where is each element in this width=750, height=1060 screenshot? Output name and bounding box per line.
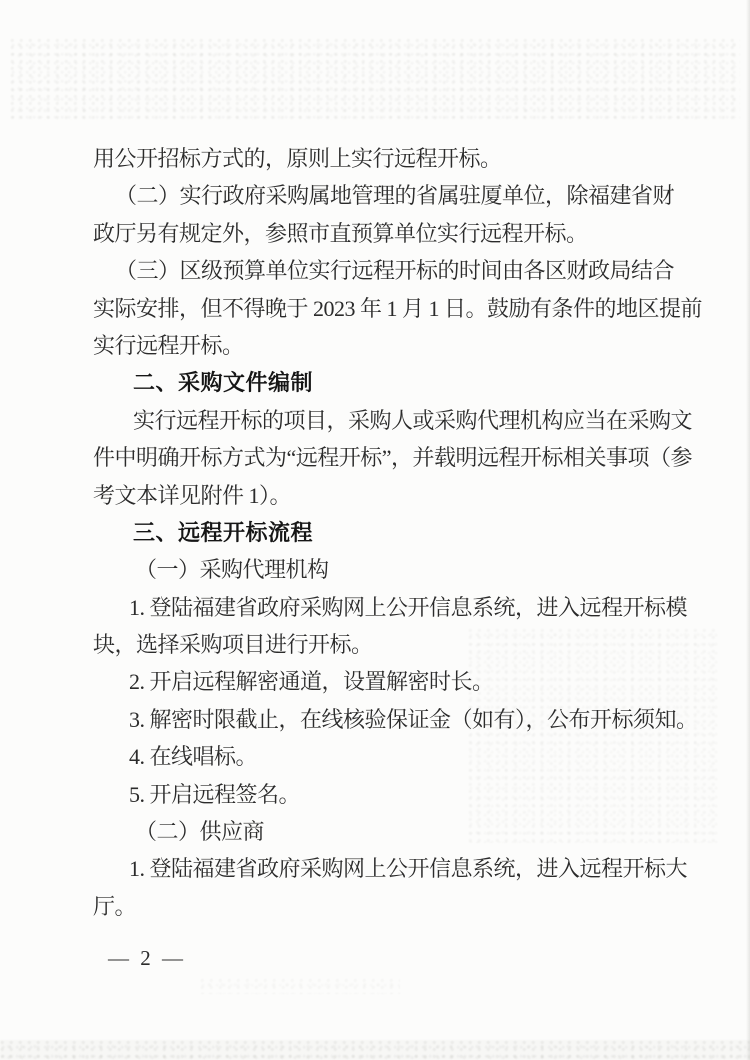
document-line: （二）实行政府采购属地管理的省属驻厦单位，除福建省财 xyxy=(93,177,668,214)
document-line: 件中明确开标方式为“远程开标”，并载明远程开标相关事项（参 xyxy=(93,439,668,476)
document-line: 三、远程开标流程 xyxy=(93,514,668,551)
page-number: — 2 — xyxy=(108,946,186,971)
document-line: 考文本详见附件 1）。 xyxy=(93,477,668,514)
document-line: 2. 开启远程解密通道，设置解密时长。 xyxy=(93,663,668,700)
scan-edge-shadow xyxy=(746,0,750,1060)
scan-artifact-top xyxy=(10,38,740,120)
document-line: 块，选择采购项目进行开标。 xyxy=(93,626,668,663)
document-line: 5. 开启远程签名。 xyxy=(93,776,668,813)
document-line: （一）采购代理机构 xyxy=(93,551,668,588)
document-line: 厅。 xyxy=(93,888,668,925)
document-line: 实行远程开标。 xyxy=(93,327,668,364)
document-line: 4. 在线唱标。 xyxy=(93,738,668,775)
document-line: 用公开招标方式的，原则上实行远程开标。 xyxy=(93,140,668,177)
document-line: 实际安排，但不得晚于 2023 年 1 月 1 日。鼓励有条件的地区提前 xyxy=(93,290,668,327)
document-line: （二）供应商 xyxy=(93,813,668,850)
document-body: 用公开招标方式的，原则上实行远程开标。（二）实行政府采购属地管理的省属驻厦单位，… xyxy=(93,140,668,925)
document-line: 二、采购文件编制 xyxy=(93,364,668,401)
scan-artifact-bottom xyxy=(0,1040,750,1060)
document-line: 1. 登陆福建省政府采购网上公开信息系统，进入远程开标大 xyxy=(93,850,668,887)
document-line: 政厅另有规定外，参照市直预算单位实行远程开标。 xyxy=(93,215,668,252)
scan-artifact-lower-left xyxy=(200,978,400,994)
document-line: 实行远程开标的项目，采购人或采购代理机构应当在采购文 xyxy=(93,402,668,439)
document-page: 用公开招标方式的，原则上实行远程开标。（二）实行政府采购属地管理的省属驻厦单位，… xyxy=(0,0,750,1060)
document-line: 1. 登陆福建省政府采购网上公开信息系统，进入远程开标模 xyxy=(93,589,668,626)
document-line: （三）区级预算单位实行远程开标的时间由各区财政局结合 xyxy=(93,252,668,289)
document-line: 3. 解密时限截止，在线核验保证金（如有），公布开标须知。 xyxy=(93,701,668,738)
